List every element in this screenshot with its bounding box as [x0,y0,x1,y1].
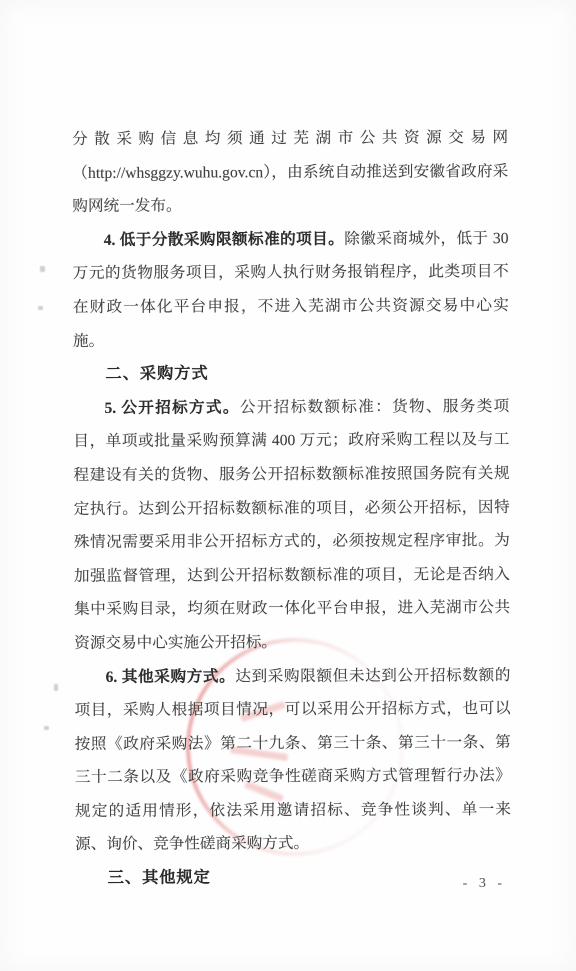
document-body: 分散采购信息均须通过芜湖市公共资源交易网（http://whsggzy.wuhu… [72,121,511,896]
paragraph-text: 达到采购限额但未达到公开招标数额的项目，采购人根据项目情况，可以采用公开招标方式… [75,667,512,854]
scan-speck [54,684,58,691]
scanned-document-page: 分散采购信息均须通过芜湖市公共资源交易网（http://whsggzy.wuhu… [0,0,576,971]
paragraph-6-lead: 6. 其他采购方式。 [106,668,236,686]
paragraph-5-lead: 5. 公开招标方式。 [104,399,239,417]
section-heading-other-provisions: 三、其他规定 [75,860,511,895]
paragraph-continuation: 分散采购信息均须通过芜湖市公共资源交易网（http://whsggzy.wuhu… [72,121,508,224]
page-number: - 3 - [463,876,506,892]
paragraph-item-6: 6. 其他采购方式。达到采购限额但未达到公开招标数额的项目，采购人根据项目情况，… [74,659,511,862]
paragraph-item-4: 4. 低于分散采购限额标准的项目。除徽采商城外，低于 30 万元的货物服务项目，… [72,222,509,358]
paragraph-4-lead: 4. 低于分散采购限额标准的项目。 [104,231,345,249]
paragraph-item-5: 5. 公开招标方式。公开招标数额标准：货物、服务类项目，单项或批量采购预算满 4… [73,390,510,661]
section-heading-procurement-methods: 二、采购方式 [73,356,509,391]
paragraph-text: 分散采购信息均须通过芜湖市公共资源交易网（http://whsggzy.wuhu… [72,129,508,215]
scan-speck [44,726,49,730]
paragraph-text: 公开招标数额标准：货物、服务类项目，单项或批量采购预算满 400 万元；政府采购… [73,398,510,652]
scan-speck [38,306,43,310]
scan-speck [40,266,45,272]
